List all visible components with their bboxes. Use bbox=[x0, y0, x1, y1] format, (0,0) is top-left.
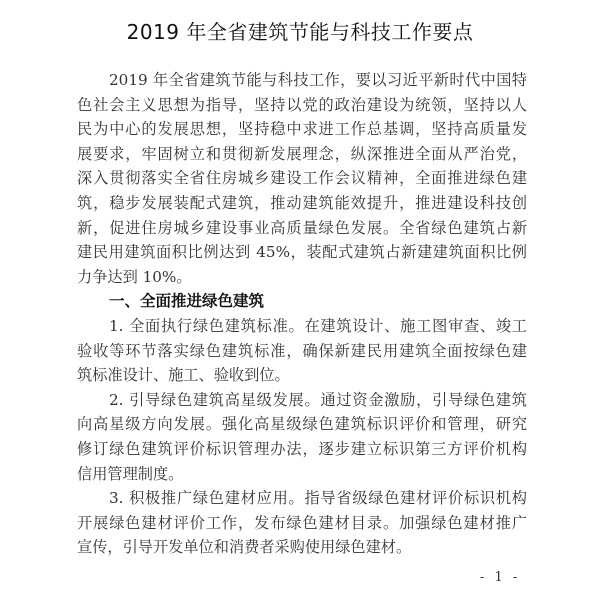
text-line: 1. 全面执行绿色建筑标准。在建筑设计、施工图审查、竣工 bbox=[77, 314, 527, 339]
page-number: - 1 - bbox=[480, 570, 520, 585]
text-line: 2019 年全省建筑节能与科技工作，要以习近平新时代中国特 bbox=[77, 68, 527, 93]
item-1: 1. 全面执行绿色建筑标准。在建筑设计、施工图审查、竣工 验收等环节落实绿色建筑… bbox=[77, 314, 527, 388]
text-line: 力争达到 10%。 bbox=[77, 265, 527, 290]
text-line: 深入贯彻落实全省住房城乡建设工作会议精神，全面推进绿色建 bbox=[77, 166, 527, 191]
text-line: 展要求，牢固树立和贯彻新发展理念，纵深推进全面从严治党， bbox=[77, 142, 527, 167]
text-line: 新，促进住房城乡建设事业高质量绿色发展。全省绿色建筑占新 bbox=[77, 216, 527, 241]
text-line: 向高星级方向发展。强化高星级绿色建筑标识评价和管理，研究 bbox=[77, 412, 527, 437]
text-line: 2. 引导绿色建筑高星级发展。通过资金激励，引导绿色建筑 bbox=[77, 388, 527, 413]
text-line: 民为中心的发展思想，坚持稳中求进工作总基调，坚持高质量发 bbox=[77, 117, 527, 142]
text-line: 色社会主义思想为指导，坚持以党的政治建设为统领，坚持以人 bbox=[77, 93, 527, 118]
text-line: 修订绿色建筑评价标识管理办法，逐步建立标识第三方评价机构 bbox=[77, 437, 527, 462]
item-3: 3. 积极推广绿色建材应用。指导省级绿色建材评价标识机构 开展绿色建材评价工作，… bbox=[77, 486, 527, 560]
item-2: 2. 引导绿色建筑高星级发展。通过资金激励，引导绿色建筑 向高星级方向发展。强化… bbox=[77, 388, 527, 486]
text-line: 建民用建筑面积比例达到 45%，装配式建筑占新建建筑面积比例 bbox=[77, 240, 527, 265]
text-line: 筑标准设计、施工、验收到位。 bbox=[77, 363, 527, 388]
text-line: 信用管理制度。 bbox=[77, 462, 527, 487]
page-title: 2019 年全省建筑节能与科技工作要点 bbox=[0, 16, 600, 45]
intro-paragraph: 2019 年全省建筑节能与科技工作，要以习近平新时代中国特 色社会主义思想为指导… bbox=[77, 68, 527, 289]
text-line: 宣传，引导开发单位和消费者采购使用绿色建材。 bbox=[77, 535, 527, 560]
document-body: 2019 年全省建筑节能与科技工作，要以习近平新时代中国特 色社会主义思想为指导… bbox=[77, 68, 527, 560]
section-heading: 一、全面推进绿色建筑 bbox=[77, 289, 527, 314]
text-line: 验收等环节落实绿色建筑标准，确保新建民用建筑全面按绿色建 bbox=[77, 339, 527, 364]
text-line: 筑，稳步发展装配式建筑，推动建筑能效提升，推进建设科技创 bbox=[77, 191, 527, 216]
text-line: 3. 积极推广绿色建材应用。指导省级绿色建材评价标识机构 bbox=[77, 486, 527, 511]
text-line: 开展绿色建材评价工作，发布绿色建材目录。加强绿色建材推广 bbox=[77, 511, 527, 536]
